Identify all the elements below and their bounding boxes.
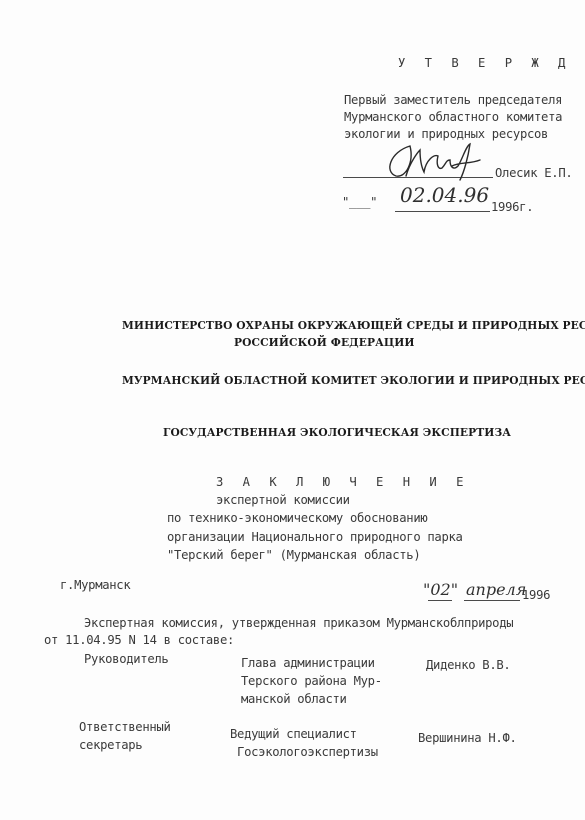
member-name: Диденко В.В. <box>426 658 510 672</box>
approval-position-line-2: Мурманского областного комитета <box>344 110 562 124</box>
document-page: У Т В Е Р Ж Д А Ю Первый заместитель пре… <box>0 0 585 820</box>
member-position-line-2: Терского района Мур- <box>241 674 382 688</box>
date-year: 1996 <box>522 588 550 602</box>
member-position-line-1: Глава администрации <box>241 656 375 670</box>
committee-name: МУРМАНСКИЙ ОБЛАСТНОЙ КОМИТЕТ ЭКОЛОГИИ И … <box>122 373 585 387</box>
ministry-line-2: РОССИЙСКОЙ ФЕДЕРАЦИИ <box>234 335 415 349</box>
intro-line-2: от 11.04.95 N 14 в составе: <box>44 633 234 647</box>
member-position-line-3: манской области <box>241 692 347 706</box>
approval-date-year: 1996г. <box>491 200 533 214</box>
conclusion-line-1: экспертной комиссии <box>216 493 350 507</box>
conclusion-title: З А К Л Ю Ч Е Н И Е <box>216 475 469 489</box>
date-day-handwritten: "02" <box>423 580 458 599</box>
handwritten-signature <box>380 138 490 183</box>
approval-position-line-1: Первый заместитель председателя <box>344 93 562 107</box>
conclusion-line-4: "Терский берег" (Мурманская область) <box>167 548 420 562</box>
member-role: Руководитель <box>84 652 168 666</box>
approval-heading: У Т В Е Р Ж Д А Ю <box>398 56 585 70</box>
intro-line-1: Экспертная комиссия, утвержденная приказ… <box>84 616 513 630</box>
approval-date-day: "___" <box>342 195 377 209</box>
date-day-underline <box>428 600 452 601</box>
date-month-handwritten: апреля <box>466 580 526 599</box>
date-month-underline <box>464 600 520 601</box>
member-position-line-2: Госэкологоэкспертизы <box>230 745 378 759</box>
ministry-line-1: МИНИСТЕРСТВО ОХРАНЫ ОКРУЖАЮЩЕЙ СРЕДЫ И П… <box>122 318 585 332</box>
member-role-line-2: секретарь <box>79 738 142 752</box>
approval-signatory: Олесик Е.П. <box>495 166 572 180</box>
conclusion-line-3: организации Национального природного пар… <box>167 530 463 544</box>
member-position-line-1: Ведущий специалист <box>230 727 357 741</box>
approval-date-handwritten: 02.04.96 <box>400 183 489 207</box>
approval-date-line <box>395 211 490 212</box>
member-role-line-1: Ответственный <box>79 720 171 734</box>
city: г.Мурманск <box>60 578 130 592</box>
conclusion-line-2: по технико-экономическому обоснованию <box>167 511 427 525</box>
member-name: Вершинина Н.Ф. <box>418 731 517 745</box>
expertise-title: ГОСУДАРСТВЕННАЯ ЭКОЛОГИЧЕСКАЯ ЭКСПЕРТИЗА <box>163 425 511 439</box>
